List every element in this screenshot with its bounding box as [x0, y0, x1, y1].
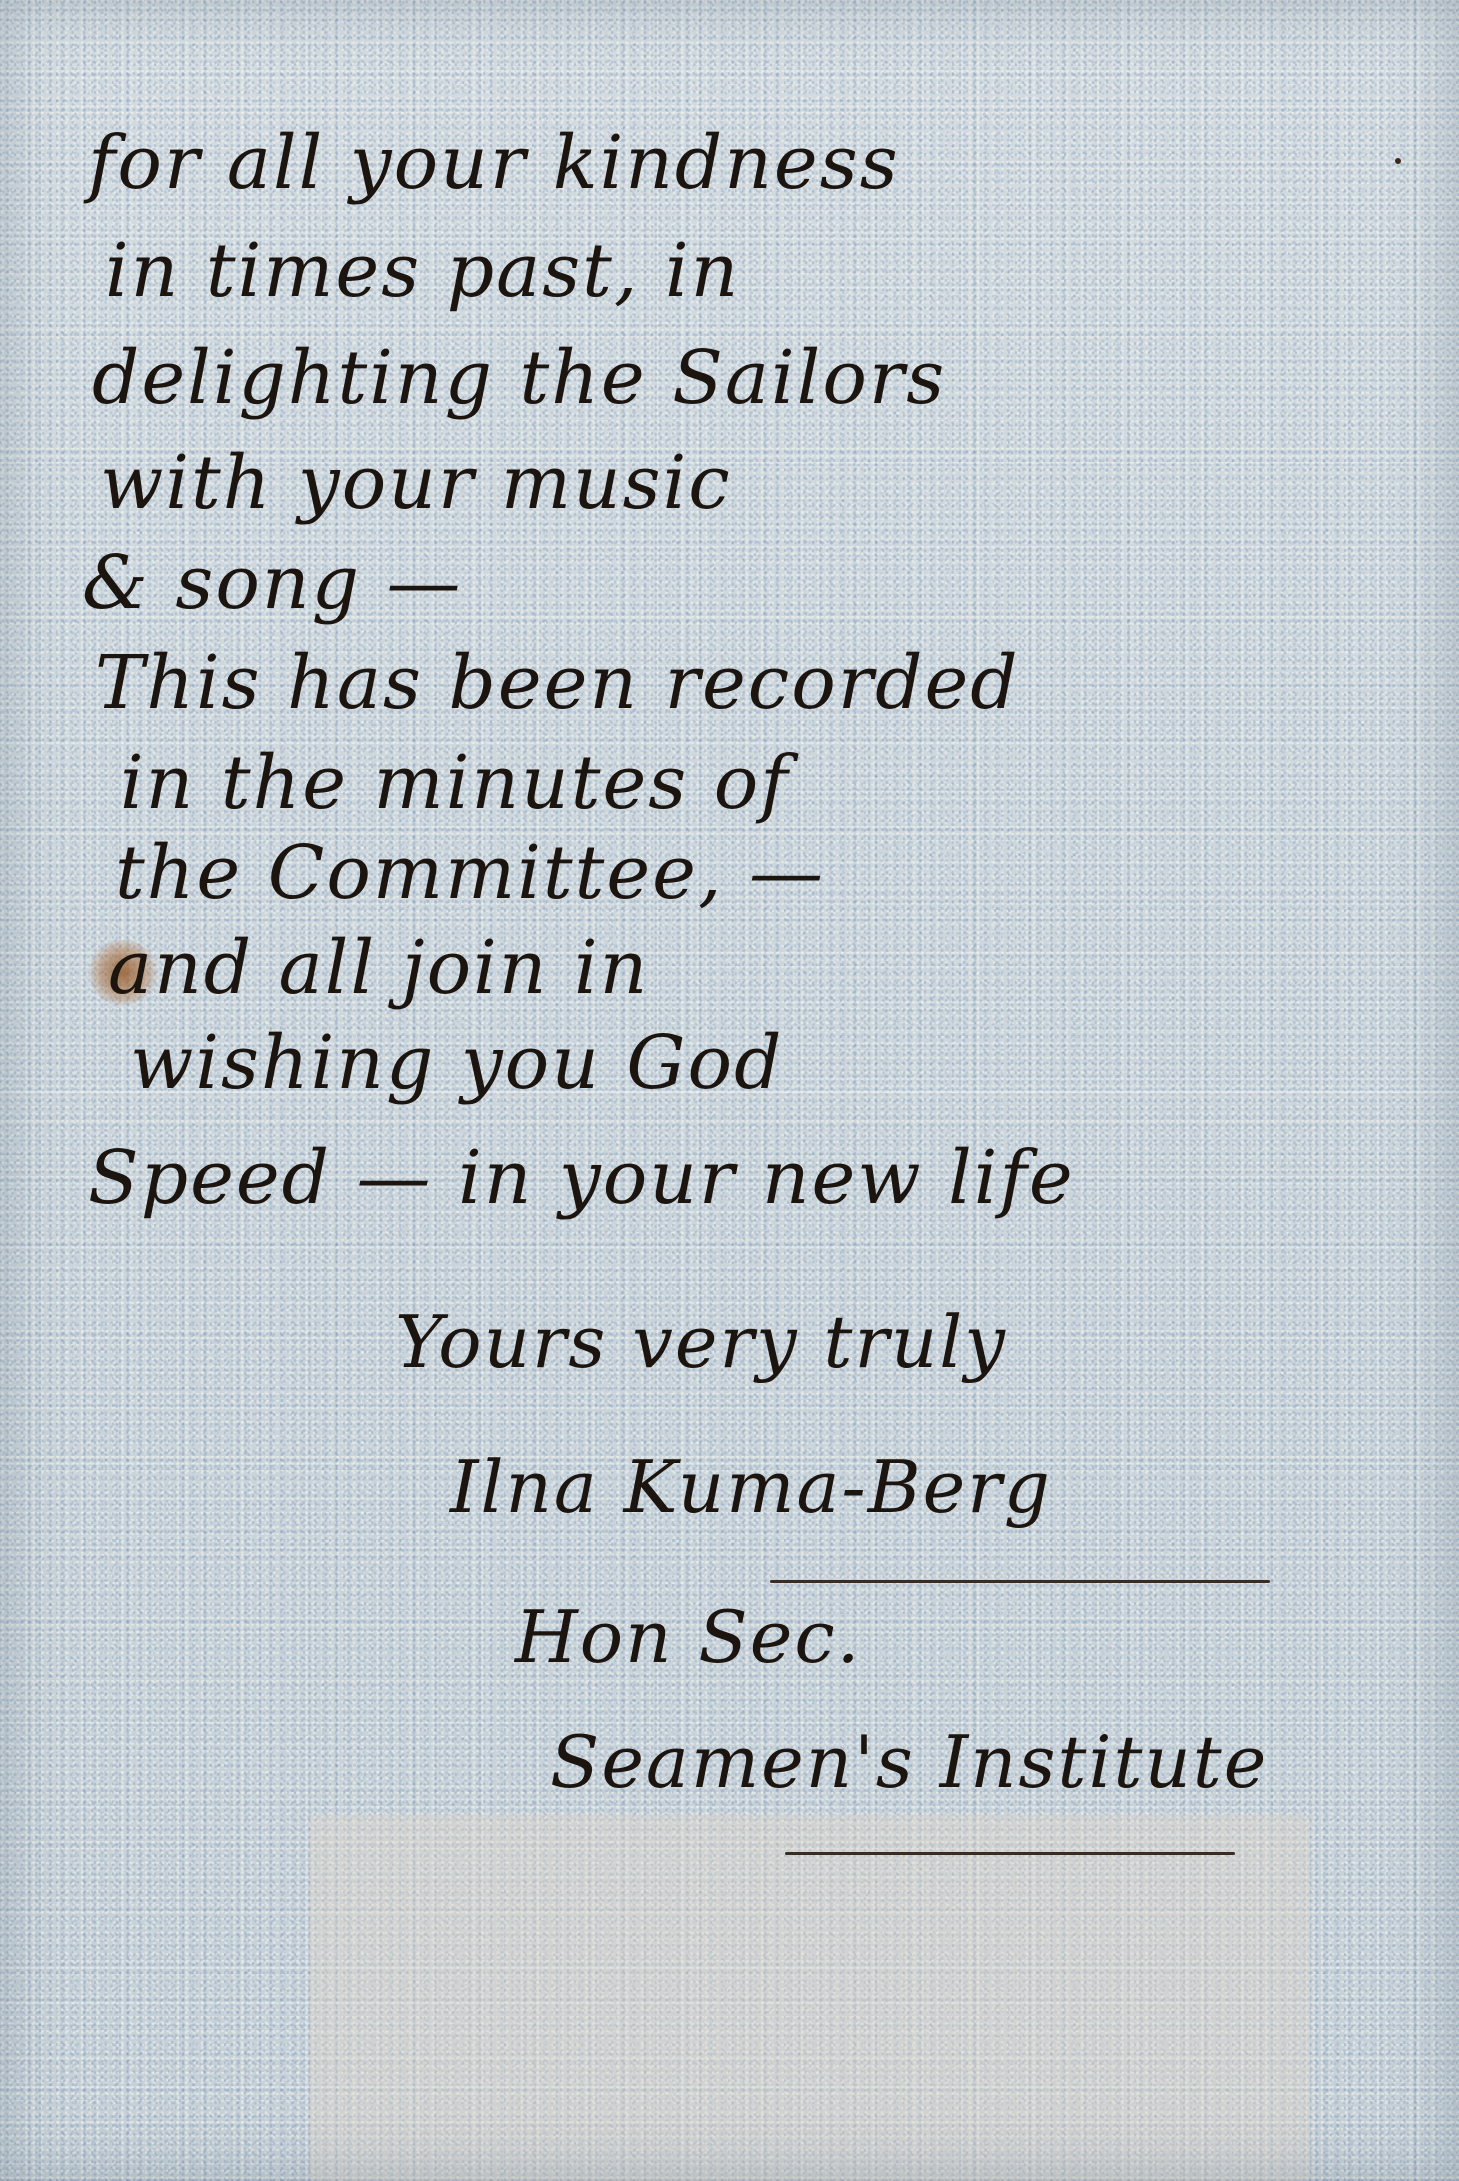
- letter-line-8: the Committee, —: [115, 830, 825, 916]
- letter-line-6: This has been recorded: [95, 640, 1020, 726]
- paper-light-patch: [310, 1815, 1310, 2181]
- letter-line-5: & song —: [82, 540, 462, 626]
- letter-line-4: with your music: [100, 440, 732, 526]
- title-line: Hon Sec.: [515, 1595, 862, 1679]
- closing-line: Yours very truly: [395, 1300, 1007, 1384]
- ink-dot: [1395, 158, 1401, 164]
- signature: Ilna Kuma-Berg: [450, 1445, 1052, 1529]
- letter-line-9: and all join in: [108, 925, 649, 1011]
- organization-line: Seamen's Institute: [550, 1720, 1268, 1804]
- signature-underline: [770, 1580, 1270, 1583]
- letter-line-10: wishing you God: [130, 1020, 783, 1106]
- letter-line-2: in times past, in: [105, 228, 740, 314]
- organization-underline: [785, 1852, 1235, 1855]
- letter-line-7: in the minutes of: [120, 740, 790, 826]
- letter-line-3: delighting the Sailors: [92, 335, 946, 421]
- letter-page: for all your kindness in times past, in …: [0, 0, 1459, 2181]
- letter-line-11: Speed — in your new life: [88, 1135, 1075, 1221]
- letter-line-1: for all your kindness: [88, 120, 900, 206]
